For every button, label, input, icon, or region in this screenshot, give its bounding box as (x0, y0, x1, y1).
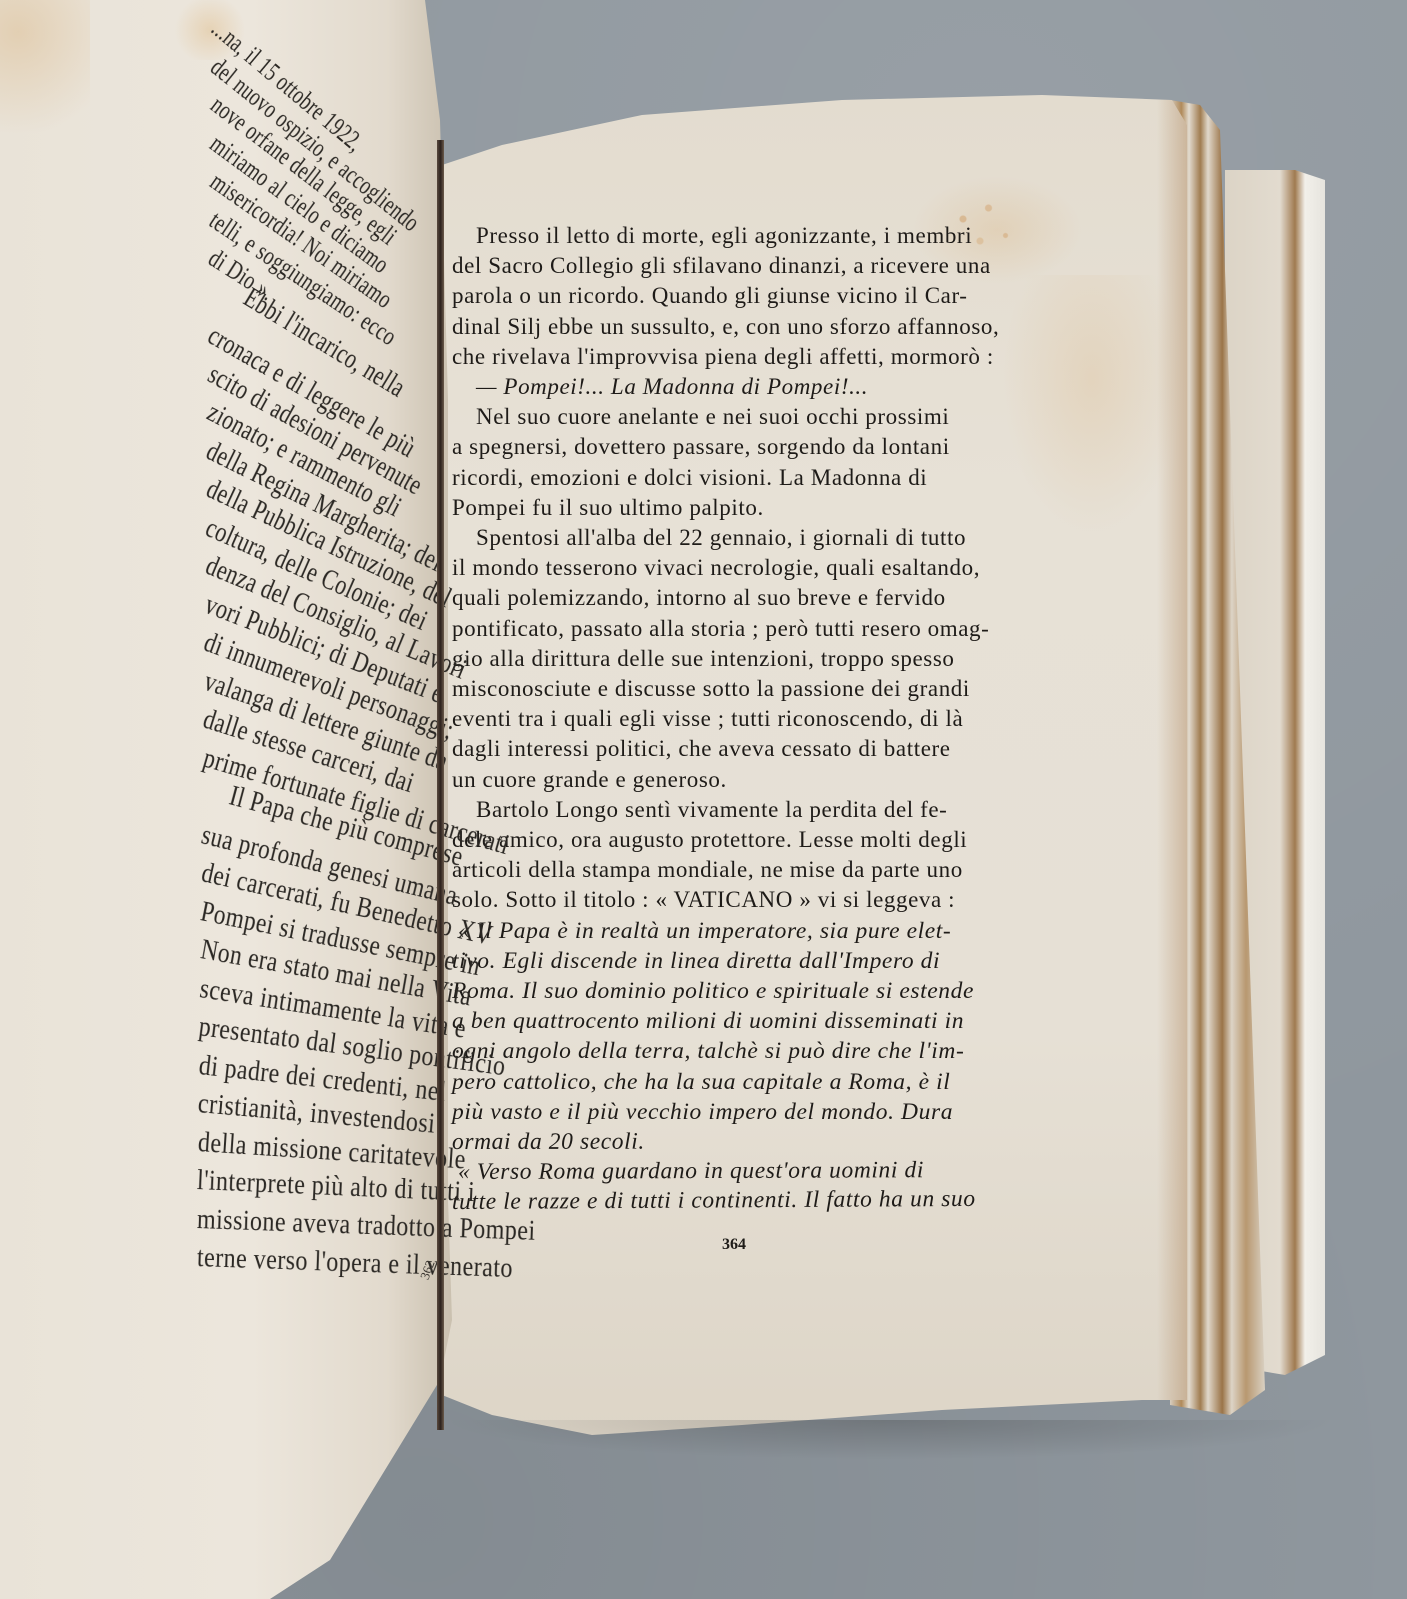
text-line: pontificato, passato alla storia ; però … (452, 616, 989, 643)
text-line: parola o un ricordo. Quando gli giunse v… (452, 283, 968, 310)
text-line: Spentosi all'alba del 22 gennaio, i gior… (476, 525, 966, 552)
text-line: a spegnersi, dovettero passare, sorgendo… (452, 434, 950, 461)
foxing-stain (0, 0, 90, 160)
text-line: più vasto e il più vecchio impero del mo… (452, 1099, 953, 1126)
text-line: — Pompei!... La Madonna di Pompei!... (476, 374, 868, 401)
book-gutter (437, 140, 444, 1430)
text-line: del Sacro Collegio gli sfilavano dinanzi… (452, 253, 991, 280)
text-line: che rivelava l'improvvisa piena degli af… (452, 344, 994, 371)
text-line: dinal Silj ebbe un sussulto, e, con uno … (452, 314, 999, 341)
text-line: Roma. Il suo dominio politico e spiritua… (452, 978, 974, 1005)
text-line: Pompei fu il suo ultimo palpito. (452, 495, 764, 522)
text-line: a ben quattrocento milioni di uomini dis… (452, 1008, 964, 1035)
text-line: pero cattolico, che ha la sua capitale a… (452, 1069, 950, 1096)
text-line: il mondo tesserono vivaci necrologie, qu… (452, 555, 980, 582)
text-line: tutte le razze e di tutti i continenti. … (452, 1186, 976, 1216)
page-number: 364 (722, 1236, 746, 1254)
book-shadow (440, 1420, 1340, 1460)
text-line: Bartolo Longo sentì vivamente la perdita… (476, 797, 947, 824)
text-line: ricordi, emozioni e dolci visioni. La Ma… (452, 465, 927, 492)
page-edge-stain (1157, 95, 1187, 1435)
text-line: solo. Sotto il titolo : « VATICANO » vi … (452, 887, 955, 914)
text-line: un cuore grande e generoso. (452, 767, 727, 794)
text-line: gio alla dirittura delle sue intenzioni,… (452, 646, 954, 673)
foxing-stain (1002, 275, 1182, 535)
left-page-text: ...na, il 15 ottobre 1922,del nuovo ospi… (180, 0, 450, 1300)
text-line: Presso il letto di morte, egli agonizzan… (476, 223, 972, 250)
text-line: articoli della stampa mondiale, ne mise … (452, 857, 963, 884)
text-line: Nel suo cuore anelante e nei suoi occhi … (476, 404, 949, 431)
text-line: eventi tra i quali egli visse ; tutti ri… (452, 706, 963, 733)
photo-scene: Presso il letto di morte, egli agonizzan… (0, 0, 1407, 1599)
text-line: dele amico, ora augusto protettore. Less… (452, 827, 967, 854)
text-line: dagli interessi politici, che aveva cess… (452, 736, 951, 763)
text-line: misconosciute e discusse sotto la passio… (452, 676, 970, 703)
text-line: tivo. Egli discende in linea diretta dal… (452, 948, 940, 975)
text-line: quali polemizzando, intorno al suo breve… (452, 585, 946, 612)
text-line: « Verso Roma guardano in quest'ora uomin… (458, 1157, 924, 1186)
text-line: ormai da 20 secoli. (452, 1129, 645, 1156)
text-line: ogni angolo della terra, talchè si può d… (452, 1038, 964, 1065)
text-line: « Il Papa è in realtà un imperatore, sia… (458, 918, 951, 945)
